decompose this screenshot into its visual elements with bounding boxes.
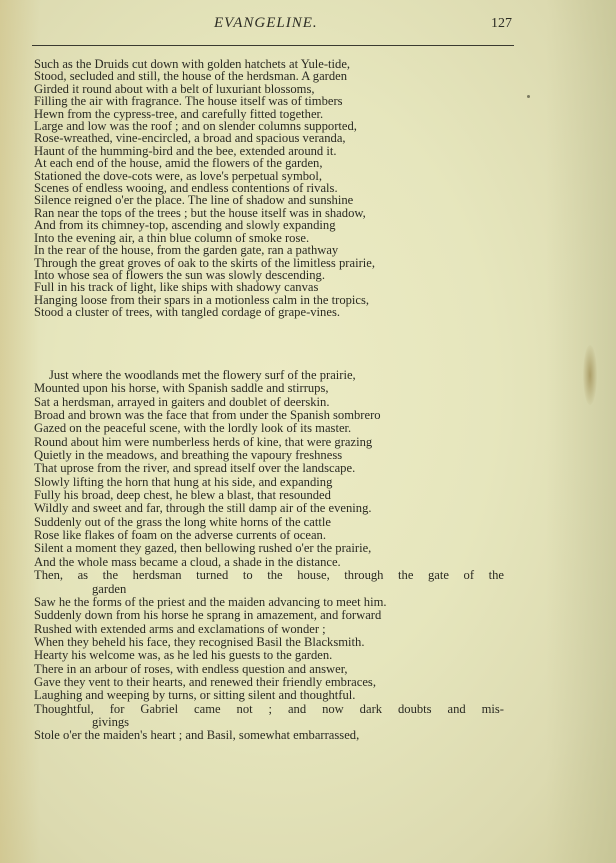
verse-line: And the whole mass became a cloud, a sha… [34, 556, 554, 569]
verse-line: Silence reigned o'er the place. The line… [34, 194, 554, 206]
stanza-1: Such as the Druids cut down with golden … [34, 58, 554, 319]
verse-line: Then, as the herdsman turned to the hous… [34, 569, 504, 582]
verse-line: Filling the air with fragrance. The hous… [34, 95, 554, 107]
verse-line: Fully his broad, deep chest, he blew a b… [34, 489, 554, 502]
verse-line: Full in his track of light, like ships w… [34, 281, 554, 293]
verse-line: Rushed with extended arms and exclamatio… [34, 623, 554, 636]
verse-line: Stole o'er the maiden's heart ; and Basi… [34, 729, 554, 742]
verse-line: Suddenly down from his horse he sprang i… [34, 609, 554, 622]
header-rule [32, 45, 514, 46]
verse-line: There in an arbour of roses, with endles… [34, 663, 554, 676]
verse-line: Hearty his welcome was, as he led his gu… [34, 649, 554, 662]
page-header: EVANGELINE. 127 [30, 14, 512, 36]
paper-stain [583, 345, 597, 405]
running-title: EVANGELINE. [214, 15, 318, 32]
verse-line: That uprose from the river, and spread i… [34, 462, 554, 475]
verse-line: Thoughtful, for Gabriel came not ; and n… [34, 703, 504, 716]
verse-line: Just where the woodlands met the flowery… [34, 369, 554, 382]
verse-line-continuation: givings [34, 716, 554, 729]
verse-line: Wildly and sweet and far, through the st… [34, 502, 554, 515]
verse-line: Stood a cluster of trees, with tangled c… [34, 306, 554, 318]
verse-line: Laughing and weeping by turns, or sittin… [34, 689, 554, 702]
page-number: 127 [491, 16, 512, 32]
verse-line: Saw he the forms of the priest and the m… [34, 596, 554, 609]
verse-line: In the rear of the house, from the garde… [34, 244, 554, 256]
verse-line: Round about him were numberless herds of… [34, 436, 554, 449]
verse-line: Stood, secluded and still, the house of … [34, 70, 554, 82]
verse-line: At each end of the house, amid the flowe… [34, 157, 554, 169]
verse-line-continuation: garden [34, 583, 554, 596]
verse-line: Broad and brown was the face that from u… [34, 409, 554, 422]
verse-line: Sat a herdsman, arrayed in gaiters and d… [34, 396, 554, 409]
page-edge-shadow-right [546, 0, 616, 863]
verse-line: Mounted upon his horse, with Spanish sad… [34, 382, 554, 395]
stanza-2: Just where the woodlands met the flowery… [34, 369, 554, 743]
verse-line: Quietly in the meadows, and breathing th… [34, 449, 554, 462]
verse-line: Gazed on the peaceful scene, with the lo… [34, 422, 554, 435]
verse-line: Gave they vent to their hearts, and rene… [34, 676, 554, 689]
verse-line: Rose like flakes of foam on the adverse … [34, 529, 554, 542]
verse-line: Slowly lifting the horn that hung at his… [34, 476, 554, 489]
verse-line: Suddenly out of the grass the long white… [34, 516, 554, 529]
verse-line: Rose-wreathed, vine-encircled, a broad a… [34, 132, 554, 144]
verse-line: And from its chimney-top, ascending and … [34, 219, 554, 231]
verse-line: When they beheld his face, they recognis… [34, 636, 554, 649]
verse-line: Silent a moment they gazed, then bellowi… [34, 542, 554, 555]
